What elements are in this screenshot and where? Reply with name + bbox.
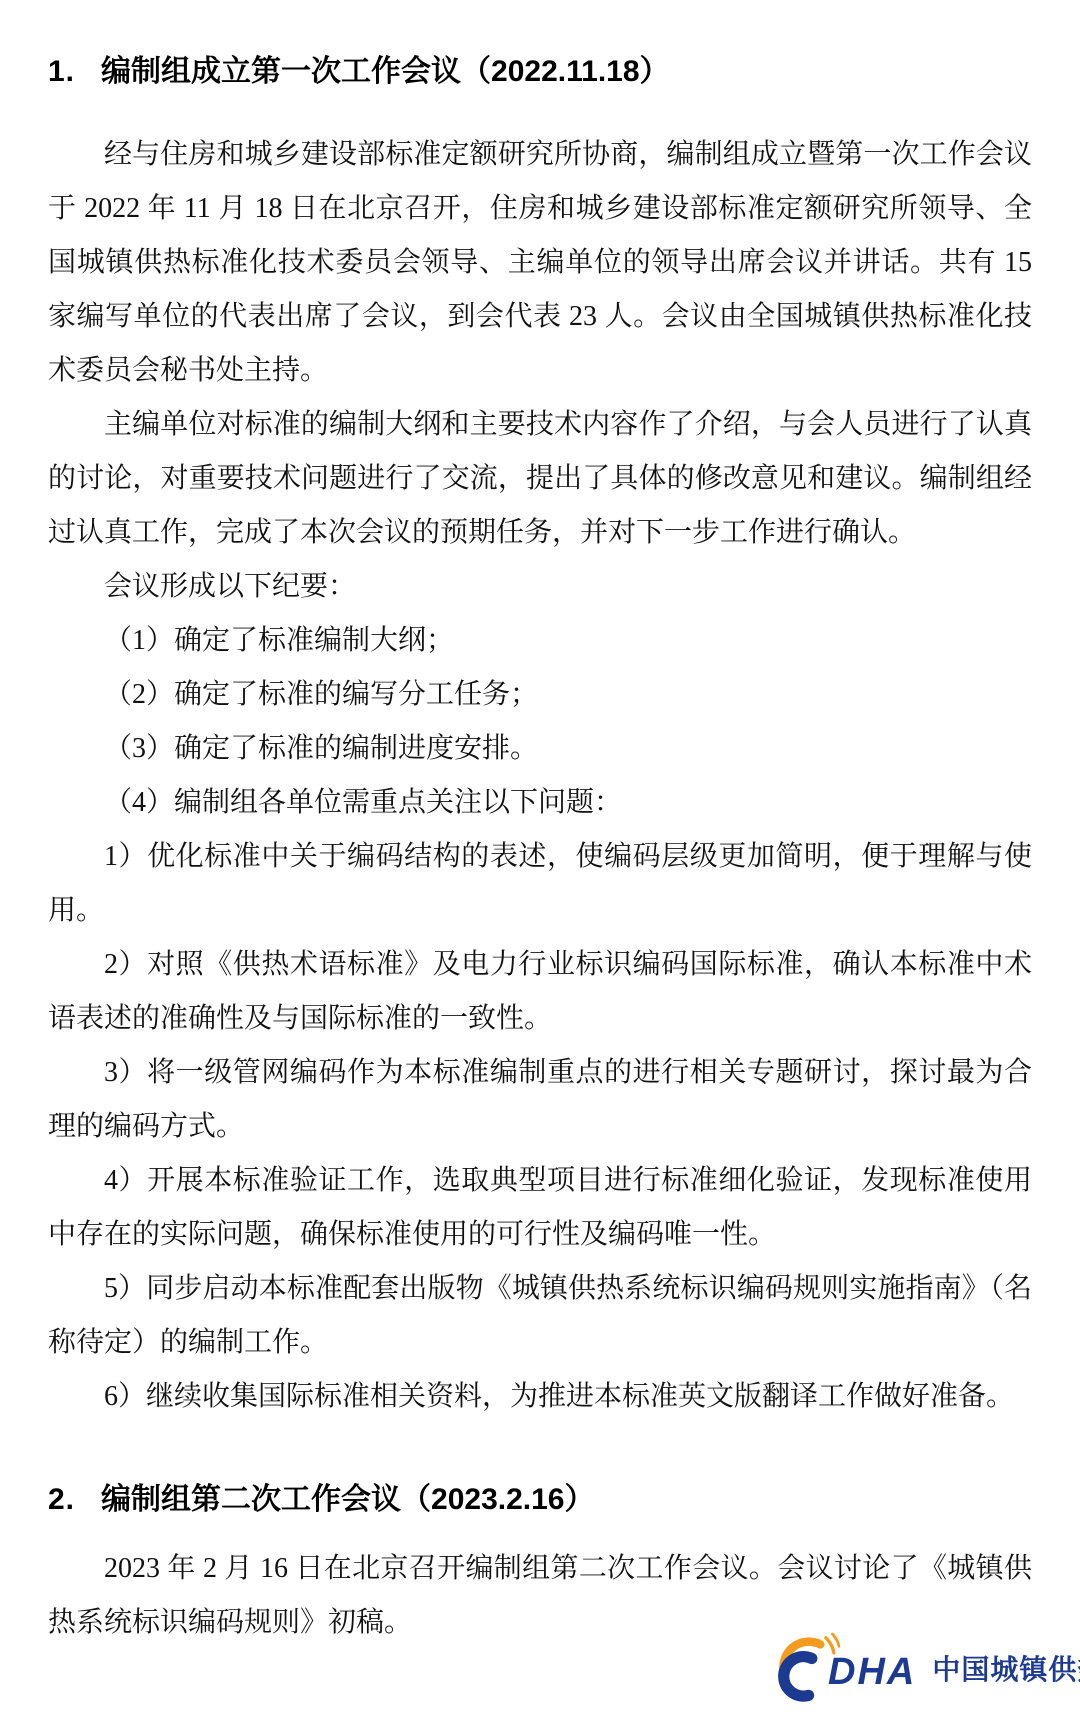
list-item: （3）确定了标准的编制进度安排。 (48, 722, 1032, 776)
list-item: 2）对照《供热术语标准》及电力行业标识编码国际标准，确认本标准中术语表述的准确性… (48, 938, 1032, 1046)
section-heading-2: 2. 编制组第二次工作会议（2023.2.16） (48, 1480, 1032, 1520)
list-item: （2）确定了标准的编写分工任务； (48, 668, 1032, 722)
document-content: 1. 编制组成立第一次工作会议（2022.11.18） 经与住房和城乡建设部标准… (48, 52, 1032, 1650)
paragraph: 经与住房和城乡建设部标准定额研究所协商，编制组成立暨第一次工作会议于 2022 … (48, 128, 1032, 398)
list-item: 1）优化标准中关于编码结构的表述，使编码层级更加简明，便于理解与使用。 (48, 830, 1032, 938)
paragraph: 会议形成以下纪要： (48, 560, 1032, 614)
section-title: 编制组第二次工作会议（2023.2.16） (101, 1480, 594, 1520)
list-item: （4）编制组各单位需重点关注以下问题： (48, 776, 1032, 830)
document-page: 1. 编制组成立第一次工作会议（2022.11.18） 经与住房和城乡建设部标准… (0, 0, 1080, 1712)
section-heading-1: 1. 编制组成立第一次工作会议（2022.11.18） (48, 52, 1032, 92)
section-number: 1. (48, 52, 75, 92)
logo-org-name: 中国城镇供热协会 (932, 1656, 1080, 1684)
list-item: 4）开展本标准验证工作，选取典型项目进行标准细化验证，发现标准使用中存在的实际问… (48, 1154, 1032, 1262)
org-logo: DHA 中国城镇供热协会 (778, 1626, 1080, 1706)
list-item: 3）将一级管网编码作为本标准编制重点的进行相关专题研讨，探讨最为合理的编码方式。 (48, 1046, 1032, 1154)
section-number: 2. (48, 1480, 75, 1520)
section-title: 编制组成立第一次工作会议（2022.11.18） (101, 52, 670, 92)
list-item: 6）继续收集国际标准相关资料，为推进本标准英文版翻译工作做好准备。 (48, 1370, 1032, 1424)
list-item: （1）确定了标准编制大纲； (48, 614, 1032, 668)
list-item: 5）同步启动本标准配套出版物《城镇供热系统标识编码规则实施指南》（名称待定）的编… (48, 1262, 1032, 1370)
logo-acronym: DHA (828, 1653, 916, 1691)
paragraph: 主编单位对标准的编制大纲和主要技术内容作了介绍，与会人员进行了认真的讨论，对重要… (48, 398, 1032, 560)
